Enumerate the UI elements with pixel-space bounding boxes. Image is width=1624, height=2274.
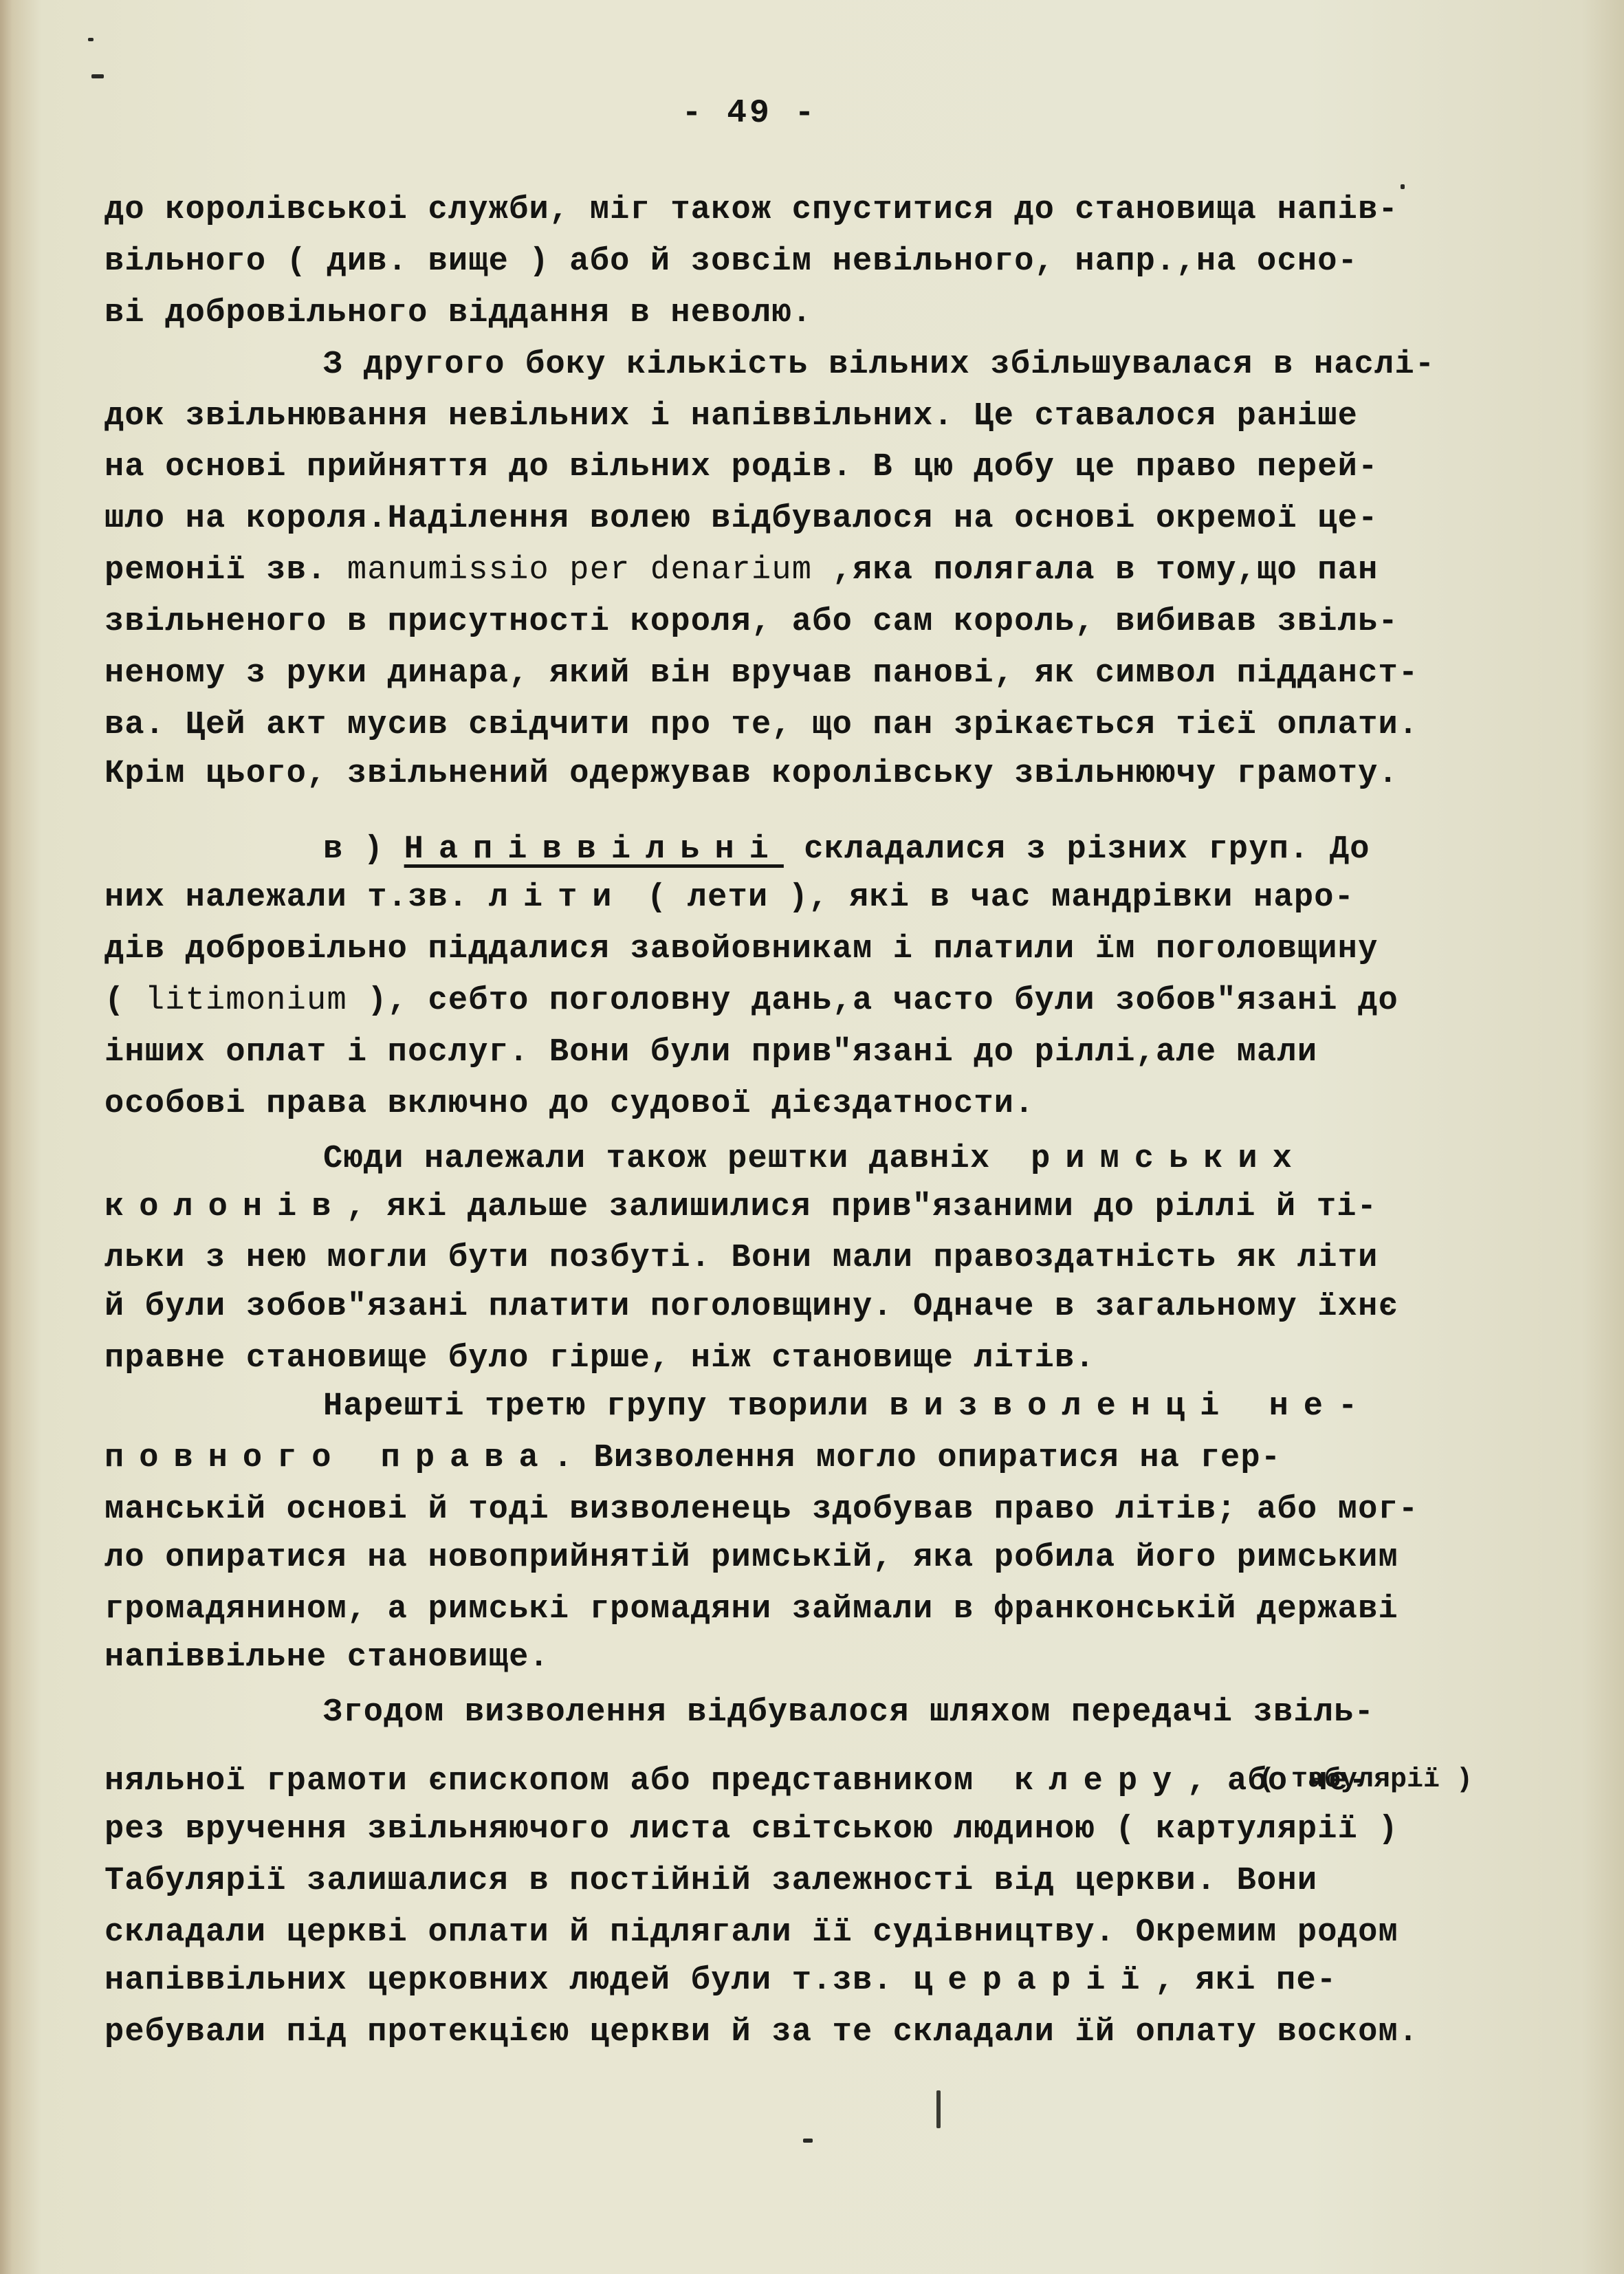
line-text: дів добровільно піддалися завойовникам і… [105,931,1379,967]
line-text: , які дальше залишилися прив"язаними до … [346,1189,1377,1225]
line-text: Сюди належали також рештки давніх [323,1141,1031,1177]
list-marker: в ) [323,831,404,868]
line-text: правне становище було гірше, ніж станови… [105,1340,1095,1377]
text-line: складали церкві оплати й підлягали її су… [105,1914,1398,1952]
text-line: Нарешті третю групу творили визволенці н… [323,1388,1372,1426]
line-text: ,яка полягала в тому,що пан [812,552,1378,589]
line-text: ло опиратися на новоприйнятій римській, … [105,1540,1398,1576]
line-text: З другого боку кількість вільних збільшу… [323,347,1435,383]
text-line: звільненого в присутності короля, або са… [105,603,1398,642]
line-text: особові права включно до судової дієздат… [105,1086,1035,1122]
text-line: З другого боку кількість вільних збільшу… [323,346,1435,384]
line-text: док звільнювання невільних і напіввільни… [105,398,1358,435]
text-line: ва. Цей акт мусив свідчити про те, що па… [105,706,1418,745]
emphasized-term: клеру [1014,1763,1187,1800]
text-line: повного права. Визволення могло опиратис… [105,1439,1281,1478]
text-line: ві добровільного віддання в неволю. [105,294,812,333]
text-line: Сюди належали також рештки давніх римськ… [323,1140,1307,1179]
line-text: напіввільних церковних людей були т.зв. [105,1963,913,1999]
line-text: Табулярії залишалися в постійній залежно… [105,1863,1317,1899]
text-line: них належали т.зв. літи ( лети ), які в … [105,879,1354,917]
line-text: неному з руки динара, який він вручав па… [105,655,1418,692]
text-line: Згодом визволення відбувалося шляхом пер… [323,1694,1374,1732]
latin-term: manumissio per denarium [347,552,812,589]
line-text: на основі прийняття до вільних родів. В … [105,449,1379,485]
line-text: вільного ( див. вище ) або й зовсім неві… [105,243,1358,280]
emphasized-term: визволенці не- [889,1388,1372,1425]
page-number: - 49 - [674,95,825,132]
line-text: звільненого в присутності короля, або са… [105,604,1398,640]
text-line: напіввільних церковних людей були т.зв. … [105,1962,1337,2000]
line-text: манській основі й тоді визволенець здобу… [105,1491,1418,1528]
line-text: ремонії зв. [105,552,347,589]
text-line: Крім цього, звільнений одержував королів… [105,755,1398,794]
line-text: ребували під протекцією церкви й за те с… [105,2014,1418,2051]
document-page: - 49 - до королівськоі служби, міг також… [0,0,1624,2274]
text-line: колонів, які дальше залишилися прив"язан… [105,1188,1377,1227]
text-line: дів добровільно піддалися завойовникам і… [105,930,1379,969]
text-line: до королівськоі служби, міг також спусти… [105,191,1398,230]
line-text: до королівськоі служби, міг також спусти… [105,192,1398,228]
line-text: ), себто поголовну дань,а часто були зоб… [347,983,1398,1019]
line-text: й були зобов"язані платити поголовщину. … [105,1289,1398,1325]
line-text: ( [105,983,145,1019]
text-line: громадянином, а римські громадяни займал… [105,1590,1398,1629]
emphasized-term: повного права [105,1440,553,1476]
line-text: них належали т.зв. [105,879,489,916]
text-line: няльної грамоти єпископом або представни… [105,1762,1369,1801]
text-line: в ) Напіввільні складалися з різних груп… [323,831,1370,869]
line-text: шло на короля.Наділення волею відбувалос… [105,501,1379,537]
text-line: ( litimonium ), себто поголовну дань,а ч… [105,982,1398,1020]
text-line: шло на короля.Наділення волею відбувалос… [105,500,1379,538]
emphasized-term: колонів [105,1189,346,1225]
section-heading: Напіввільні [404,831,784,868]
line-text: ва. Цей акт мусив свідчити про те, що па… [105,707,1418,743]
interlinear-note: ( табулярії ) [1258,1764,1473,1795]
line-text: ві добровільного віддання в неволю. [105,295,812,331]
pencil-mark [936,2090,941,2128]
line-text: ( лети ), які в час мандрівки наро- [627,879,1355,916]
line-text: рез вручення звільняючого листа світсько… [105,1811,1398,1848]
emphasized-term: церарії [913,1963,1154,1999]
text-line: інших оплат і послуг. Вони були прив"яза… [105,1034,1317,1072]
text-line: Табулярії залишалися в постійній залежно… [105,1862,1317,1901]
text-line: ремонії зв. manumissio per denarium ,яка… [105,551,1379,590]
text-line: вільного ( див. вище ) або й зовсім неві… [105,243,1358,281]
ink-speck [803,2139,813,2143]
line-text: напіввільне становище. [105,1639,549,1676]
line-text: . Визволення могло опиратися на гер- [553,1440,1282,1476]
line-text: Згодом визволення відбувалося шляхом пер… [323,1694,1374,1731]
line-text: Крім цього, звільнений одержував королів… [105,756,1398,792]
line-text: , які пе- [1155,1963,1337,1999]
latin-term: litimonium [145,983,347,1019]
text-line: й були зобов"язані платити поголовщину. … [105,1288,1398,1326]
text-line: рез вручення звільняючого листа світсько… [105,1811,1398,1849]
text-line: льки з нею могли бути позбуті. Вони мали… [105,1239,1379,1278]
line-text: інших оплат і послуг. Вони були прив"яза… [105,1034,1317,1071]
line-text: складали церкві оплати й підлягали її су… [105,1914,1398,1951]
text-line: неному з руки динара, який він вручав па… [105,655,1418,693]
text-line: особові права включно до судової дієздат… [105,1085,1035,1124]
ink-speck [1401,184,1405,189]
text-line: на основі прийняття до вільних родів. В … [105,448,1379,487]
line-text: громадянином, а римські громадяни займал… [105,1591,1398,1628]
emphasized-term: літи [489,879,627,916]
line-text: складалися з різних груп. До [784,831,1370,868]
emphasized-term: римських [1031,1141,1307,1177]
line-text: няльної грамоти єпископом або представни… [105,1763,1014,1800]
ink-speck [88,38,94,41]
line-text: Нарешті третю групу творили [323,1388,889,1425]
text-line: правне становище було гірше, ніж станови… [105,1340,1095,1378]
line-text: льки з нею могли бути позбуті. Вони мали… [105,1240,1379,1276]
text-line: док звільнювання невільних і напіввільни… [105,397,1358,436]
text-line: ребували під протекцією церкви й за те с… [105,2013,1418,2052]
ink-speck [91,74,104,78]
text-line: напіввільне становище. [105,1639,549,1677]
text-line: манській основі й тоді визволенець здобу… [105,1491,1418,1529]
text-line: ло опиратися на новоприйнятій римській, … [105,1539,1398,1577]
